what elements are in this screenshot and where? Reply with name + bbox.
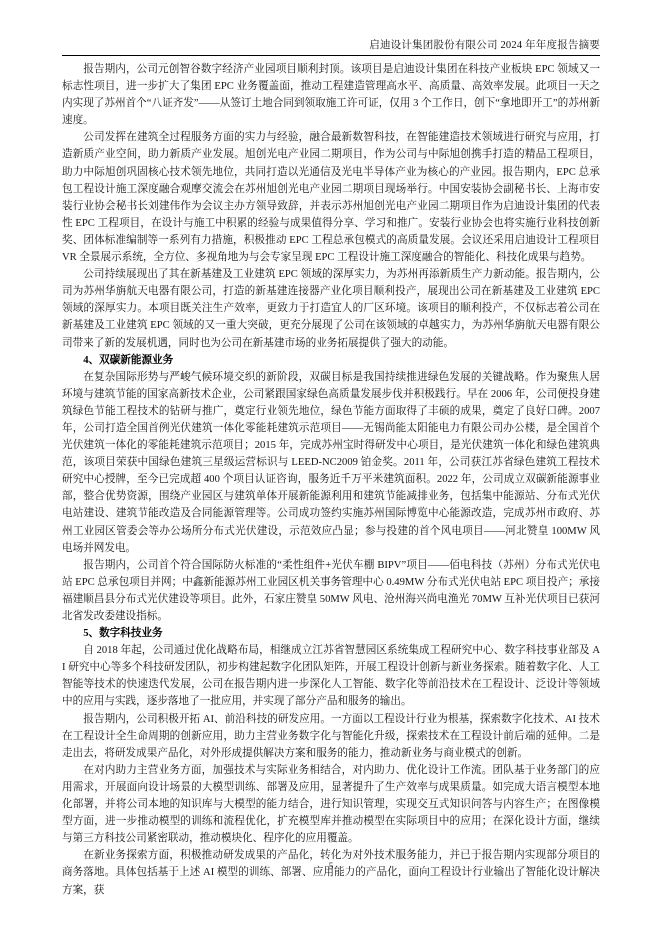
header-divider (62, 55, 600, 56)
report-body: 报告期内，公司元创智谷数字经济产业园项目顺利封顶。该项目是启迪设计集团在科技产业… (62, 61, 600, 899)
paragraph: 在对内助力主营业务方面，加强技术与实际业务相结合，对内助力、优化设计工作流。团队… (62, 762, 600, 847)
page-number: 5 (0, 862, 662, 872)
paragraph: 在复杂国际形势与严峻气候环境交织的新阶段，双碳目标是我国持续推进绿色发展的关键战… (62, 369, 600, 557)
paragraph: 报告期内，公司元创智谷数字经济产业园项目顺利封顶。该项目是启迪设计集团在科技产业… (62, 61, 600, 129)
paragraph: 报告期内，公司首个符合国际防火标准的“柔性组件+光伏车棚 BIPV”项目——佰电… (62, 557, 600, 625)
paragraph: 报告期内，公司积极开拓 AI、前沿科技的研发应用。一方面以工程设计行业为根基，探… (62, 711, 600, 762)
paragraph: 自 2018 年起，公司通过优化战略布局，相继成立江苏省智慧园区系统集成工程研究… (62, 642, 600, 710)
report-header: 启迪设计集团股份有限公司 2024 年年度报告摘要 (62, 39, 600, 53)
paragraph: 公司持续展现出了其在新基建及工业建筑 EPC 领域的深厚实力，为苏州再添新质生产… (62, 266, 600, 351)
section-heading-5: 5、数字科技业务 (62, 625, 600, 642)
paragraph: 在新业务探索方面，积极推动研发成果的产品化，转化为对外技术服务能力，并已于报告期… (62, 847, 600, 898)
paragraph: 公司发挥在建筑全过程服务方面的实力与经验，融合最新数智科技，在智能建造技术领域进… (62, 129, 600, 266)
section-heading-4: 4、双碳新能源业务 (62, 352, 600, 369)
report-page: 启迪设计集团股份有限公司 2024 年年度报告摘要 报告期内，公司元创智谷数字经… (0, 0, 662, 936)
